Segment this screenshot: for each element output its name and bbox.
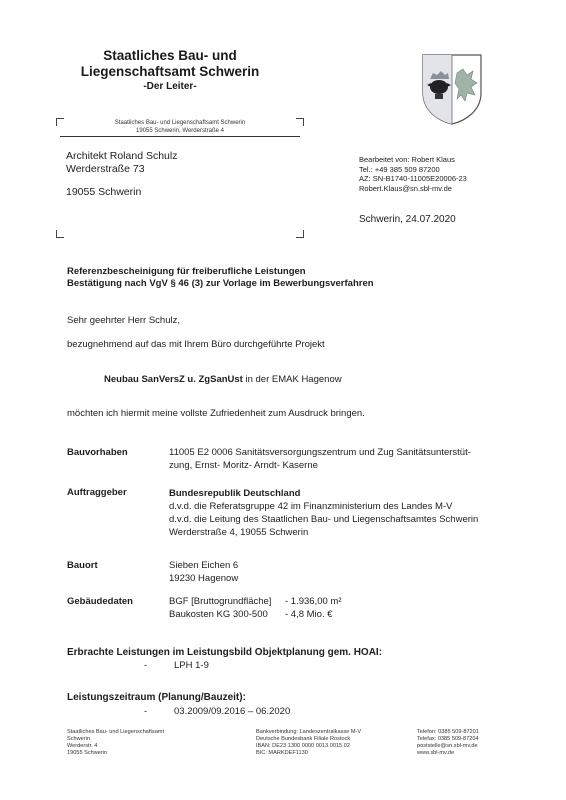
client-line-1: d.v.d. die Referatsgruppe 42 im Finanzmi… bbox=[169, 500, 478, 513]
salutation: Sehr geehrter Herr Schulz, bbox=[67, 315, 180, 326]
contact-phone: Tel.: +49 385 509 87200 bbox=[359, 165, 467, 175]
client-line-3: Werderstraße 4, 19055 Schwerin bbox=[169, 526, 478, 539]
recipient-address: Architekt Roland Schulz Werderstraße 73 … bbox=[66, 150, 177, 199]
letter-date: Schwerin, 24.07.2020 bbox=[359, 214, 456, 225]
footer-bank-line: Deutsche Bundesbank Filiale Rostock bbox=[256, 736, 361, 743]
label-bauvorhaben: Bauvorhaben bbox=[67, 447, 128, 458]
footer-address-line: Schwerin bbox=[67, 736, 164, 743]
sender-line-2: 19055 Schwerin, Werderstraße 4 bbox=[60, 128, 300, 136]
footer-address-line: 19055 Schwerin bbox=[67, 750, 164, 757]
project-location: in der EMAK Hagenow bbox=[243, 374, 342, 385]
bauvorhaben-line-2: zung, Ernst- Moritz- Arndt- Kaserne bbox=[169, 460, 471, 473]
subject-line-2: Bestätigung nach VgV § 46 (3) zur Vorlag… bbox=[67, 278, 374, 290]
sender-line-1: Staatliches Bau- und Liegenschaftsamt Sc… bbox=[60, 120, 300, 128]
reference-number: AZ: SN-B1740-11005E20006-23 bbox=[359, 174, 467, 184]
period-item: -03.2009/09.2016 – 06.2020 bbox=[144, 706, 290, 717]
window-corner-bottom-right bbox=[296, 230, 304, 238]
authority-name: Staatliches Bau- und Liegenschaftsamt Sc… bbox=[0, 48, 340, 80]
recipient-name: Architekt Roland Schulz bbox=[66, 150, 177, 163]
satisfaction-text: möchten ich hiermit meine vollste Zufrie… bbox=[67, 408, 365, 419]
project-name: Neubau SanVersZ u. ZgSanUst in der EMAK … bbox=[104, 374, 342, 385]
footer-bank-line: BIC: MARKDEF1130 bbox=[256, 750, 361, 757]
footer-bank-line: Bankverbindung: Landeszentralkasse M-V bbox=[256, 729, 361, 736]
label-bauort: Bauort bbox=[67, 560, 98, 571]
contact-email: Robert.Klaus@sn.sbl-mv.de bbox=[359, 184, 467, 194]
building-data-name: Baukosten KG 300-500 bbox=[169, 609, 285, 622]
footer-address-line: Werderstr. 4 bbox=[67, 743, 164, 750]
period-heading: Leistungszeitraum (Planung/Bauzeit): bbox=[67, 692, 246, 703]
authority-subtitle: -Der Leiter- bbox=[0, 81, 340, 92]
services-item-text: LPH 1-9 bbox=[174, 660, 209, 671]
recipient-city: 19055 Schwerin bbox=[66, 186, 177, 199]
value-bauort: Sieben Eichen 6 19230 Hagenow bbox=[169, 560, 238, 585]
period-item-text: 03.2009/09.2016 – 06.2020 bbox=[174, 706, 290, 717]
value-gebaeudedaten: BGF [Bruttogrundfläche] - 1.936,00 m² Ba… bbox=[169, 596, 342, 621]
label-gebaeudedaten: Gebäudedaten bbox=[67, 596, 133, 607]
dash-bullet: - bbox=[144, 660, 174, 671]
bauvorhaben-line-1: 11005 E2 0006 Sanitätsversorgungszentrum… bbox=[169, 447, 471, 460]
building-data-value: - 4,8 Mio. € bbox=[285, 609, 333, 622]
bauort-line-1: Sieben Eichen 6 bbox=[169, 560, 238, 573]
building-data-row: BGF [Bruttogrundfläche] - 1.936,00 m² bbox=[169, 596, 342, 609]
footer-bank-line: IBAN: DE23 1300 0000 0013 0015 02 bbox=[256, 743, 361, 750]
label-auftraggeber: Auftraggeber bbox=[67, 487, 127, 498]
dash-bullet: - bbox=[144, 706, 174, 717]
contact-block: Bearbeitet von: Robert Klaus Tel.: +49 3… bbox=[359, 155, 467, 193]
value-bauvorhaben: 11005 E2 0006 Sanitätsversorgungszentrum… bbox=[169, 447, 471, 472]
footer-fax: Telefax: 0385 509-87204 bbox=[417, 736, 479, 743]
footer-phone: Telefon: 0385 509-87201 bbox=[417, 729, 479, 736]
client-name: Bundesrepublik Deutschland bbox=[169, 487, 478, 500]
authority-name-line2: Liegenschaftsamt Schwerin bbox=[0, 64, 340, 80]
subject-line-1: Referenzbescheinigung für freiberufliche… bbox=[67, 266, 374, 278]
services-item: -LPH 1-9 bbox=[144, 660, 209, 671]
bauort-line-2: 19230 Hagenow bbox=[169, 573, 238, 586]
recipient-street: Werderstraße 73 bbox=[66, 163, 177, 176]
building-data-value: - 1.936,00 m² bbox=[285, 596, 342, 609]
client-line-2: d.v.d. die Leitung des Staatlichen Bau- … bbox=[169, 513, 478, 526]
building-data-name: BGF [Bruttogrundfläche] bbox=[169, 596, 285, 609]
footer-email-link[interactable]: poststelle@sn.sbl-mv.de bbox=[417, 743, 479, 750]
services-heading: Erbrachte Leistungen im Leistungsbild Ob… bbox=[67, 647, 382, 658]
value-auftraggeber: Bundesrepublik Deutschland d.v.d. die Re… bbox=[169, 487, 478, 539]
intro-text: bezugnehmend auf das mit Ihrem Büro durc… bbox=[67, 339, 325, 350]
handled-by: Bearbeitet von: Robert Klaus bbox=[359, 155, 467, 165]
footer-contact: Telefon: 0385 509-87201 Telefax: 0385 50… bbox=[417, 729, 479, 757]
window-corner-bottom-left bbox=[56, 230, 64, 238]
project-name-bold: Neubau SanVersZ u. ZgSanUst bbox=[104, 374, 243, 385]
footer-bank: Bankverbindung: Landeszentralkasse M-V D… bbox=[256, 729, 361, 757]
authority-name-line1: Staatliches Bau- und bbox=[0, 48, 340, 64]
footer-website-link[interactable]: www.sbl-mv.de bbox=[417, 750, 479, 757]
footer-address-line: Staatliches Bau- und Liegenschaftsamt bbox=[67, 729, 164, 736]
footer-address: Staatliches Bau- und Liegenschaftsamt Sc… bbox=[67, 729, 164, 757]
sender-return-address: Staatliches Bau- und Liegenschaftsamt Sc… bbox=[60, 120, 300, 137]
coat-of-arms-icon bbox=[421, 53, 483, 125]
building-data-row: Baukosten KG 300-500 - 4,8 Mio. € bbox=[169, 609, 342, 622]
subject: Referenzbescheinigung für freiberufliche… bbox=[67, 266, 374, 290]
